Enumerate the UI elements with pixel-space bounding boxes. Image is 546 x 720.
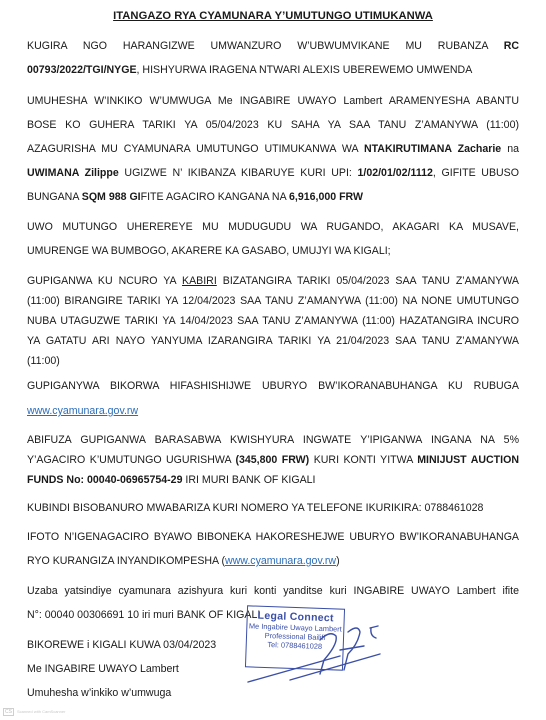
text: RYO KURANGIZA INYANDIKOMPESHA ( <box>27 555 225 567</box>
round-number: KABIRI <box>182 275 217 287</box>
paragraph-8-line-1: IFOTO N’IGENAGACIRO BYAWO BIBONEKA HAKOR… <box>27 531 519 544</box>
document-title: ITANGAZO RYA CYAMUNARA Y’UMUTUNGO UTIMUK… <box>27 10 519 22</box>
text: IRI MURI BANK OF KIGALI <box>182 474 315 486</box>
paragraph-3-line-1: UWO MUTUNGO UHEREREYE MU MUDUGUDU WA RUG… <box>27 221 519 234</box>
paragraph-8-line-2: RYO KURANGIZA INYANDIKOMPESHA (www.cyamu… <box>27 555 519 568</box>
case-number: 00793/2022/TGI/NYGE <box>27 64 137 76</box>
text: GUPIGANWA KU NCURO YA <box>27 275 182 287</box>
text: BIZATANGIRA TARIKI 05/04/2023 SAA TANU Z… <box>217 275 519 287</box>
paragraph-2-line-3: AZAGURISHA MU CYAMUNARA UMUTUNGO UTIMUKA… <box>27 143 519 156</box>
text: , GIFITE UBUSO <box>433 167 519 179</box>
paragraph-6-line-1: ABIFUZA GUPIGANWA BARASABWA KWISHYURA IN… <box>27 434 519 447</box>
website-link-2[interactable]: www.cyamunara.gov.rw <box>225 555 336 567</box>
plot-area: SQM 988 GI <box>82 191 141 203</box>
owner-name-1: NTAKIRUTIMANA Zacharie <box>364 143 501 155</box>
paragraph-5-line-1: GUPIGANYWA BIKORWA HIFASHISHIJWE UBURYO … <box>27 380 519 393</box>
website-link[interactable]: www.cyamunara.gov.rw <box>27 405 138 417</box>
scanner-watermark: CSScanned with CamScanner <box>3 708 65 716</box>
owner-name-2: UWIMANA Zilippe <box>27 167 119 179</box>
text: KUGIRA NGO HARANGIZWE UMWANZURO W’UBWUMV… <box>27 40 504 52</box>
stamp-tel: Tel: 0788461028 <box>247 639 343 651</box>
official-stamp: Legal Connect Me Ingabire Uwayo Lambert … <box>245 605 345 670</box>
upi-number: 1/02/01/02/1112 <box>358 167 433 179</box>
paragraph-4-line-5: (11:00) <box>27 355 519 368</box>
scanner-text: Scanned with CamScanner <box>17 709 65 714</box>
paragraph-1-line-2: 00793/2022/TGI/NYGE, HISHYURWA IRAGENA N… <box>27 64 519 77</box>
signature-role: Umuhesha w’inkiko w’umwuga <box>27 687 519 700</box>
paragraph-9-line-1: Uzaba yatsindiye cyamunara azishyura kur… <box>27 585 519 598</box>
property-value: 6,916,000 FRW <box>289 191 363 203</box>
paragraph-2-line-5: BUNGANA SQM 988 GIFITE AGACIRO KANGANA N… <box>27 191 519 204</box>
paragraph-4-line-4: YA GATATU ARI NAYO YANYUMA IZARANGIRA TA… <box>27 335 519 348</box>
paragraph-6-line-2: Y’AGACIRO K’UMUTUNGO UGURISHWA (345,800 … <box>27 454 519 467</box>
text: ) <box>336 555 340 567</box>
paragraph-5-line-2: www.cyamunara.gov.rw <box>27 405 519 418</box>
paragraph-7-line-1: KUBINDI BISOBANURO MWABARIZA KURI NOMERO… <box>27 502 519 515</box>
text: AZAGURISHA MU CYAMUNARA UMUTUNGO UTIMUKA… <box>27 143 364 155</box>
paragraph-2-line-4: UWIMANA Zilippe UGIZWE N’ IKIBANZA KIBAR… <box>27 167 519 180</box>
paragraph-2-line-2: BOSE KO GUHERA TARIKI YA 05/04/2023 KU S… <box>27 119 519 132</box>
text: , HISHYURWA IRAGENA NTWARI ALEXIS UBEREW… <box>137 64 473 76</box>
camscanner-logo-icon: CS <box>3 708 14 716</box>
paragraph-2-line-1: UMUHESHA W’INKIKO W’UMWUGA Me INGABIRE U… <box>27 95 519 108</box>
paragraph-6-line-3: FUNDS No: 00040-06965754-29 IRI MURI BAN… <box>27 474 519 487</box>
text: BUNGANA <box>27 191 82 203</box>
paragraph-1-line-1: KUGIRA NGO HARANGIZWE UMWANZURO W’UBWUMV… <box>27 40 519 53</box>
text: UGIZWE N’ IKIBANZA KIBARUYE KURI UPI: <box>119 167 358 179</box>
paragraph-4-line-3: NUBA UTAGUZWE TARIKI YA 14/04/2023 SAA T… <box>27 315 519 328</box>
account-number: FUNDS No: 00040-06965754-29 <box>27 474 182 486</box>
text: na <box>501 143 519 155</box>
text: KURI KONTI YITWA <box>309 454 417 466</box>
paragraph-4-line-2: (11:00) BIRANGIRE TARIKI YA 12/04/2023 S… <box>27 295 519 308</box>
deposit-amount: (345,800 FRW) <box>235 454 309 466</box>
text: FITE AGACIRO KANGANA NA <box>141 191 289 203</box>
paragraph-4-line-1: GUPIGANWA KU NCURO YA KABIRI BIZATANGIRA… <box>27 275 519 288</box>
case-prefix: RC <box>504 40 519 52</box>
paragraph-3-line-2: UMURENGE WA BUMBOGO, AKARERE KA GASABO, … <box>27 245 519 258</box>
text: Y’AGACIRO K’UMUTUNGO UGURISHWA <box>27 454 235 466</box>
account-name: MINIJUST AUCTION <box>417 454 519 466</box>
